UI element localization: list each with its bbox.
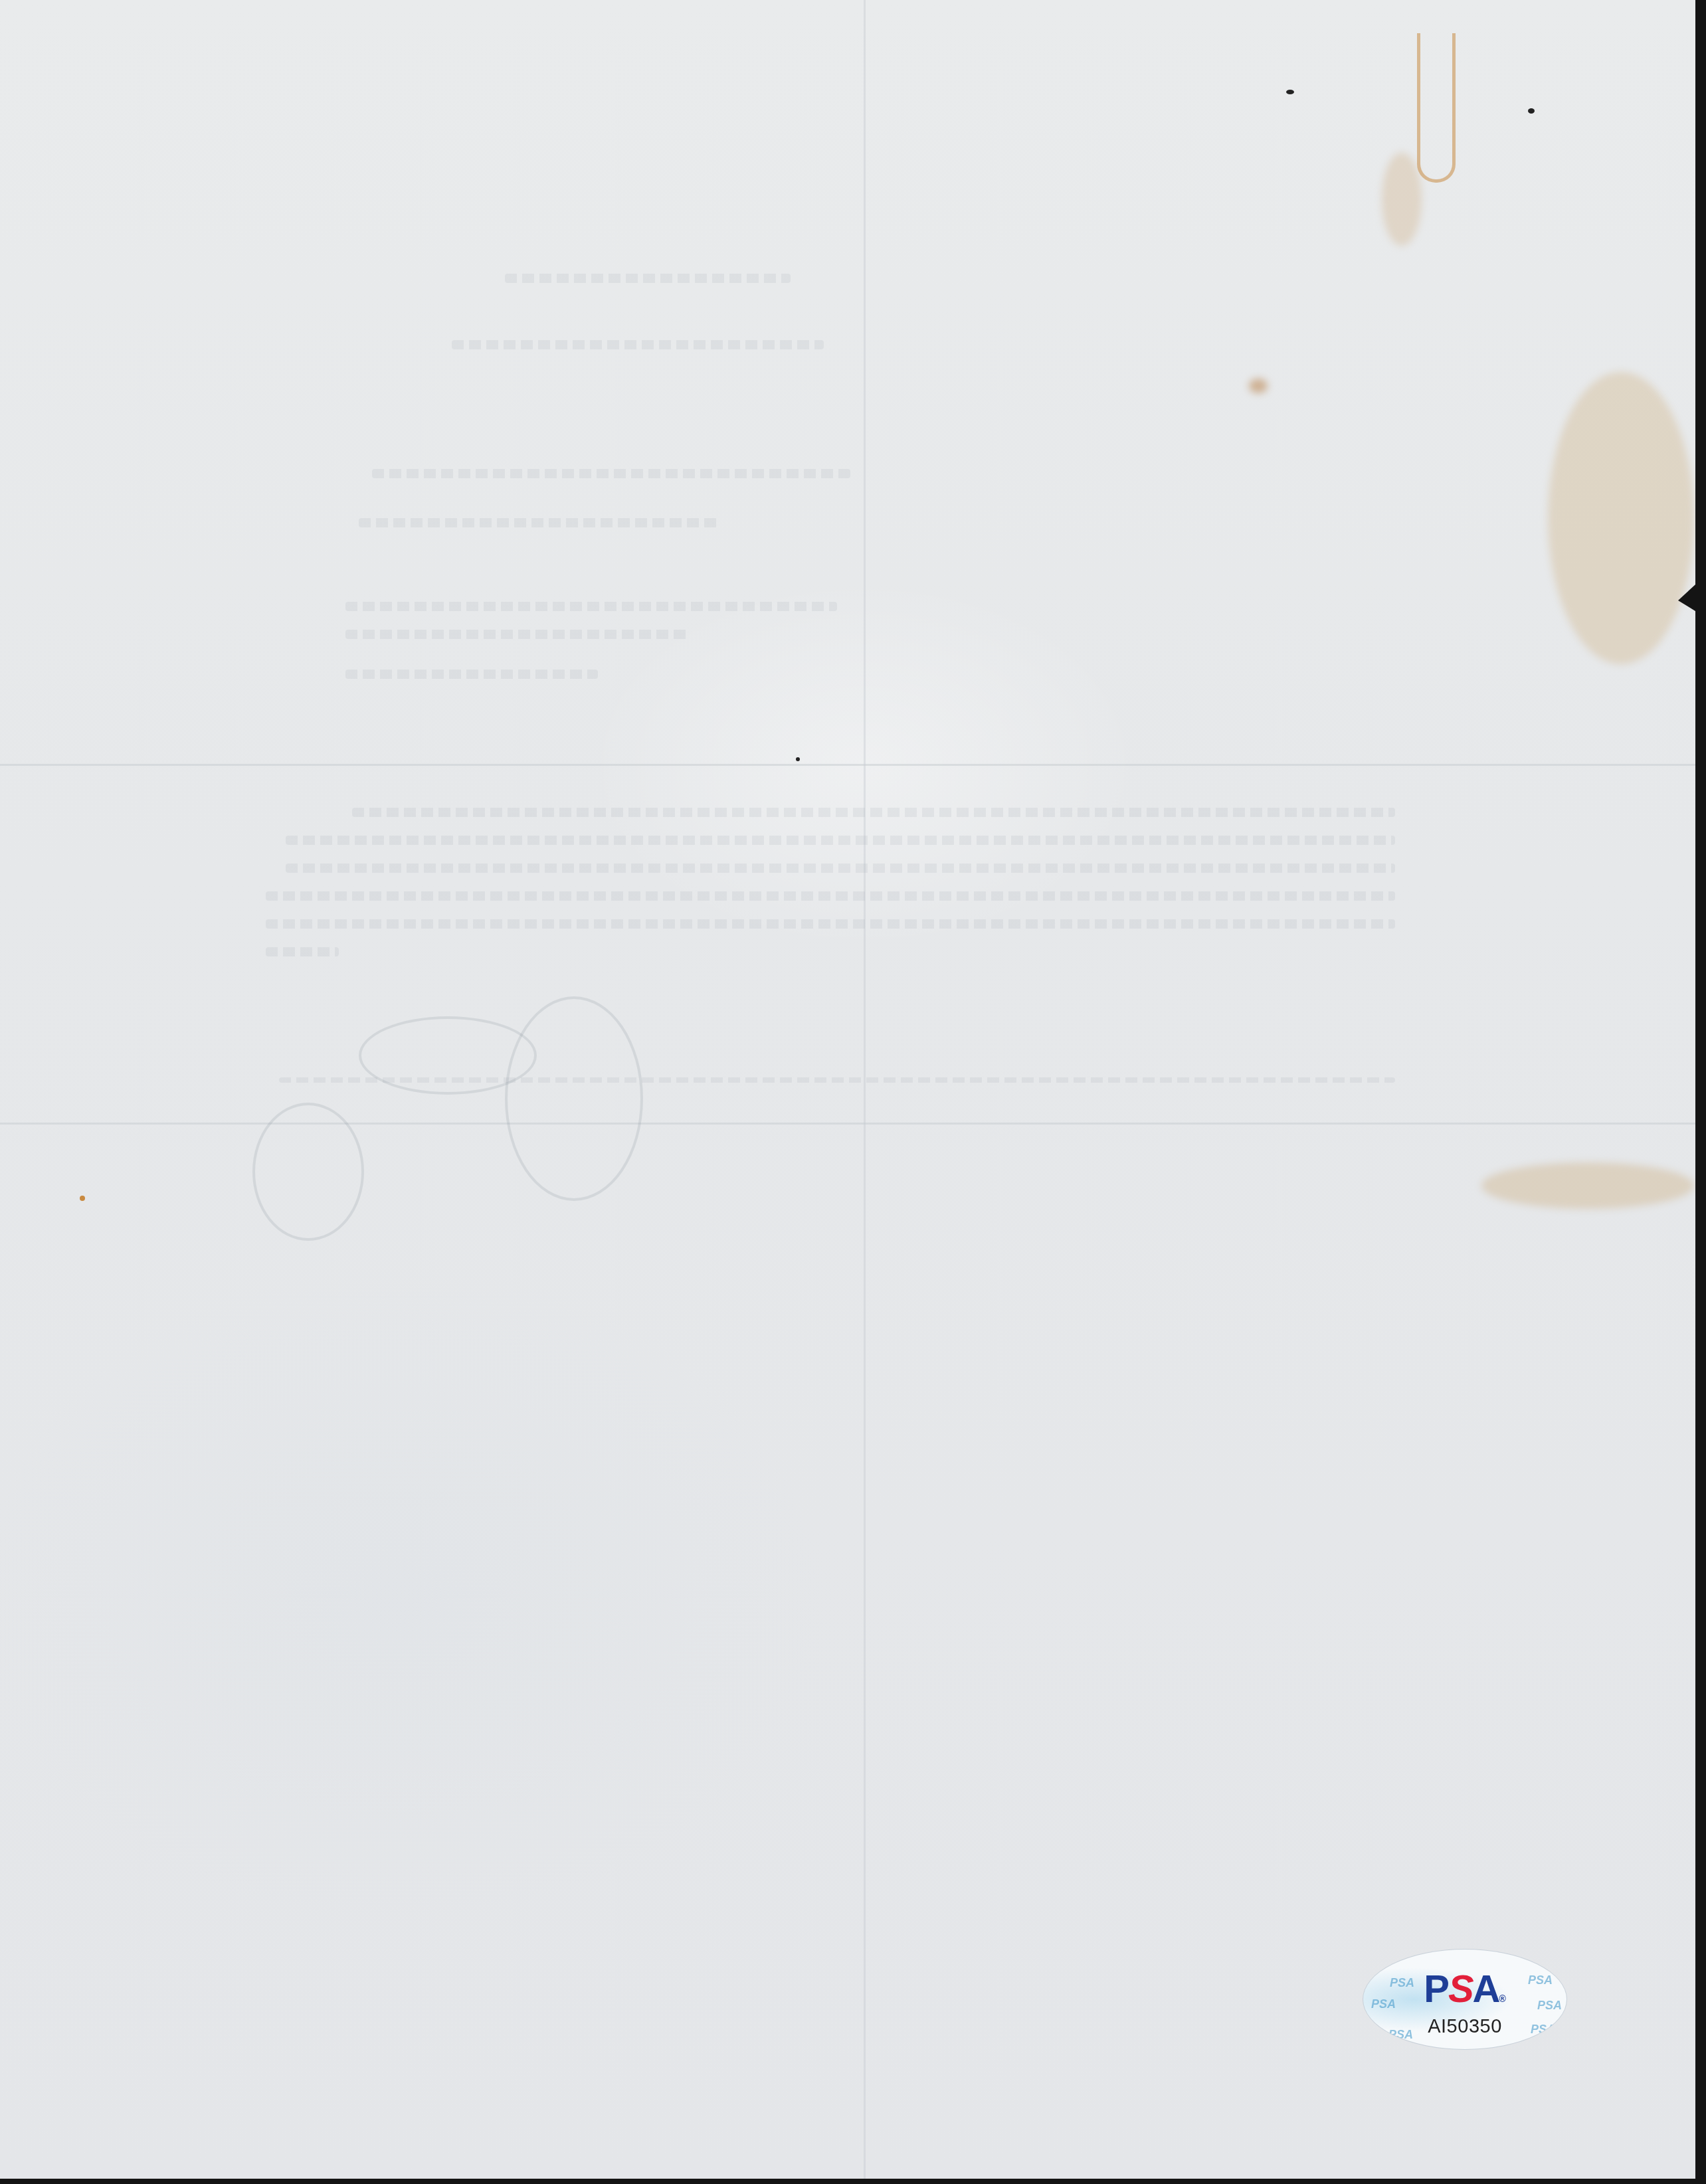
psa-logo: PSA® [1363,1967,1566,2011]
speck [80,1196,85,1201]
stain [1548,372,1694,664]
stain [1382,153,1422,246]
document-page [0,0,1695,2179]
stain [1481,1162,1694,1209]
psa-authentication-sticker: PSA PSA PSA PSA PSA PSA PSA® AI50350 [1363,1950,1566,2049]
fold-crease [0,1123,1695,1125]
fold-crease [864,0,866,2179]
fold-crease [0,764,1695,766]
scan-edge [0,2179,1706,2184]
paper-clip-rust-mark [1417,33,1456,183]
certificate-number: AI50350 [1363,2016,1566,2038]
speck [1286,90,1294,94]
scan-edge [1695,0,1706,2184]
stain [1249,379,1268,393]
speck [796,757,800,761]
speck [1528,108,1535,114]
